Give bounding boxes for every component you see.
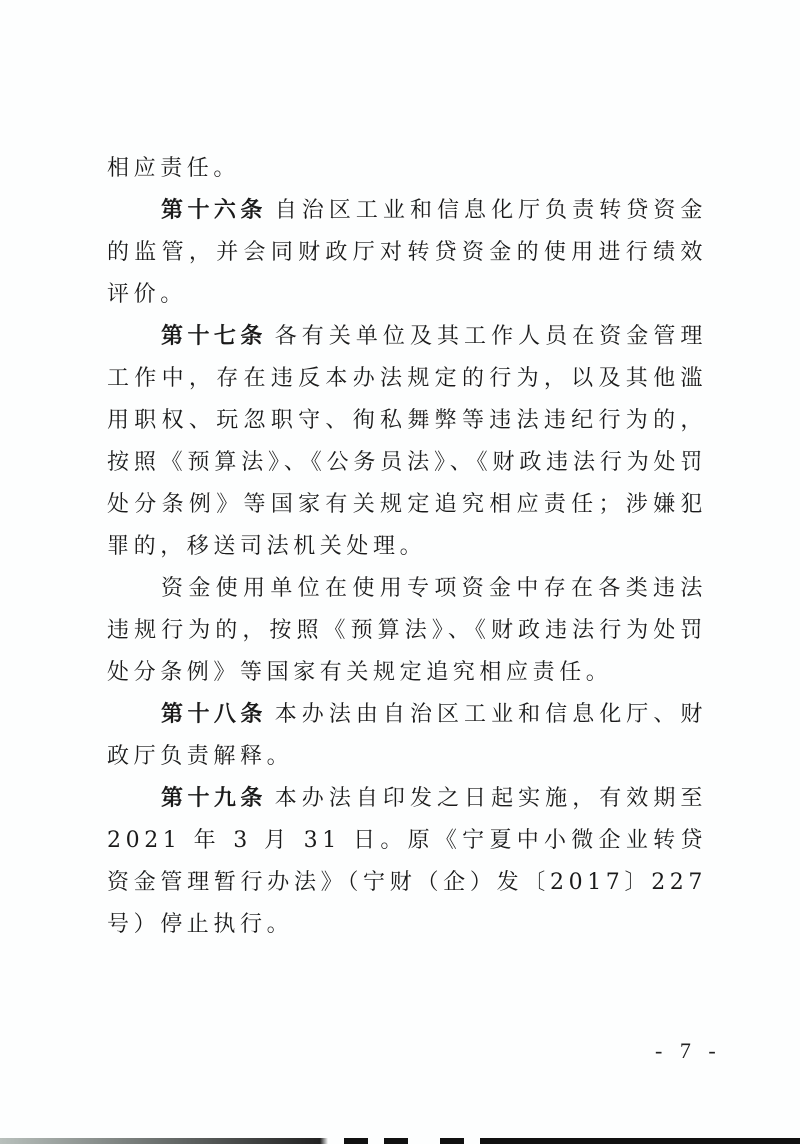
paragraph-text: 相应责任。 (107, 156, 240, 181)
paragraph-article-19: 第十九条本办法自印发之日起实施，有效期至 2021 年 3 月 31 日。原《宁… (107, 778, 707, 946)
article-number: 第十八条 (161, 702, 267, 727)
scan-edge-artifact (0, 1138, 800, 1144)
article-number: 第十九条 (161, 786, 267, 811)
page-number: - 7 - (655, 1038, 722, 1064)
paragraph-article-18: 第十八条本办法由自治区工业和信息化厅、财政厅负责解释。 (107, 694, 707, 778)
paragraph-article-16: 第十六条自治区工业和信息化厅负责转贷资金的监管，并会同财政厅对转贷资金的使用进行… (107, 190, 707, 316)
paragraph-article-17-second: 资金使用单位在使用专项资金中存在各类违法违规行为的，按照《预算法》、《财政违法行… (107, 568, 707, 694)
article-number: 第十六条 (161, 198, 267, 223)
paragraph-text: 各有关单位及其工作人员在资金管理工作中，存在违反本办法规定的行为，以及其他滥用职… (107, 324, 707, 559)
article-number: 第十七条 (161, 324, 267, 349)
paragraph-text: 资金使用单位在使用专项资金中存在各类违法违规行为的，按照《预算法》、《财政违法行… (107, 576, 707, 685)
paragraph-article-17: 第十七条各有关单位及其工作人员在资金管理工作中，存在违反本办法规定的行为，以及其… (107, 316, 707, 568)
document-page: 相应责任。 第十六条自治区工业和信息化厅负责转贷资金的监管，并会同财政厅对转贷资… (0, 0, 800, 1144)
document-body: 相应责任。 第十六条自治区工业和信息化厅负责转贷资金的监管，并会同财政厅对转贷资… (107, 148, 707, 946)
paragraph-continuation: 相应责任。 (107, 148, 707, 190)
